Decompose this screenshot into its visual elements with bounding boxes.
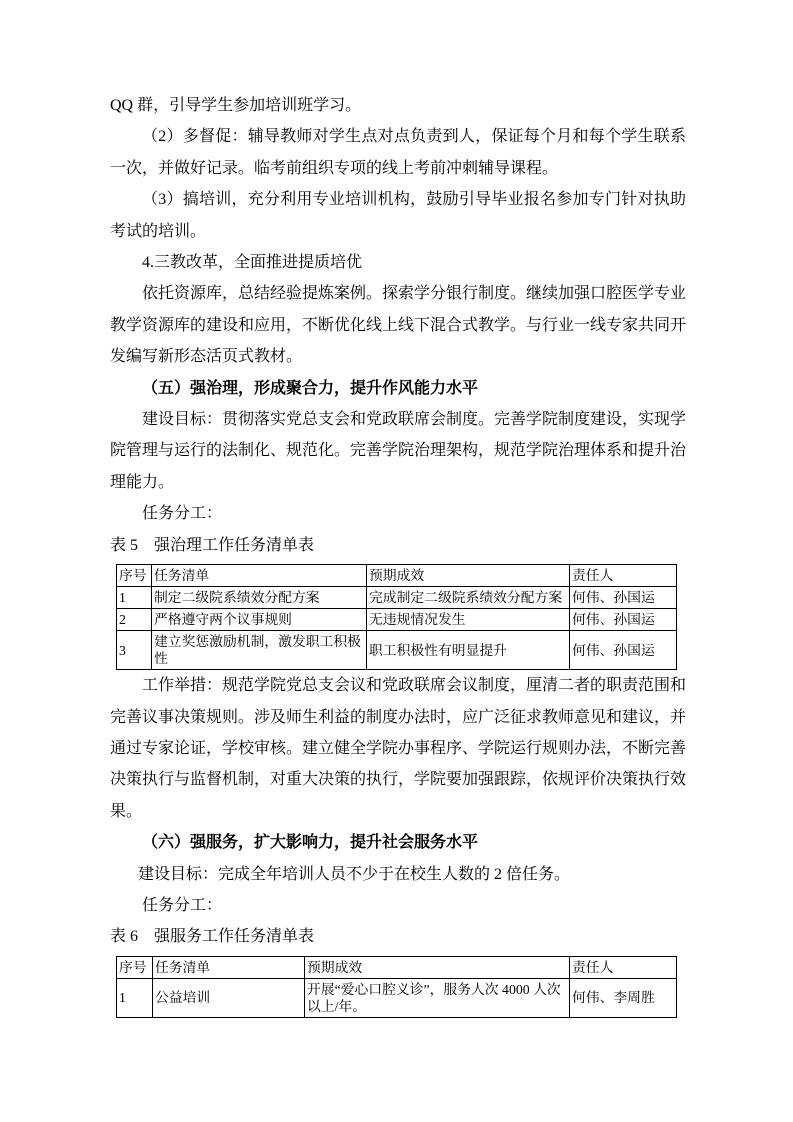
paragraph-qq-group: QQ 群，引导学生参加培训班学习。 [110, 90, 686, 121]
table6-r1-task: 公益培训 [153, 978, 305, 1017]
section5-tasks-label: 任务分工： [110, 498, 686, 529]
table5-r3-owner: 何伟、孙国运 [570, 631, 677, 670]
paragraph-training: （3）搞培训，充分利用专业培训机构，鼓励引导毕业报名参加专门针对执助考试的培训。 [110, 184, 686, 247]
section5-measures: 工作举措：规范学院党总支会议和党政联席会议制度，厘清二者的职责范围和完善议事决策… [110, 670, 686, 827]
paragraph-reform-body: 依托资源库，总结经验提炼案例。探索学分银行制度。继续加强口腔医学专业教学资源库的… [110, 278, 686, 372]
table-row: 1 公益培训 开展“爱心口腔义诊”，服务人次 4000 人次以上/年。 何伟、李… [117, 978, 677, 1017]
table6-header-row: 序号 任务清单 预期成效 责任人 [117, 956, 677, 978]
table5-r3-no: 3 [117, 631, 152, 670]
table5-r1-no: 1 [117, 587, 152, 609]
table5-r3-task: 建立奖惩激励机制，激发职工积极性 [152, 631, 367, 670]
table6-r1-no: 1 [117, 978, 153, 1017]
table5-r3-outcome: 职工积极性有明显提升 [367, 631, 570, 670]
section-heading-6: （六）强服务，扩大影响力，提升社会服务水平 [110, 827, 686, 858]
table6-r1-owner: 何伟、李周胜 [570, 978, 677, 1017]
table6-task-list: 序号 任务清单 预期成效 责任人 1 公益培训 开展“爱心口腔义诊”，服务人次 … [116, 956, 677, 1018]
paragraph-reform-heading: 4.三教改革，全面推进提质培优 [110, 247, 686, 278]
section6-tasks-label: 任务分工： [110, 890, 686, 921]
document-page: QQ 群，引导学生参加培训班学习。 （2）多督促：辅导教师对学生点对点负责到人，… [0, 0, 793, 1122]
table6-header-owner: 责任人 [570, 956, 677, 978]
table6-header-task: 任务清单 [153, 956, 305, 978]
table5-header-outcome: 预期成效 [367, 565, 570, 587]
section6-goal: 建设目标：完成全年培训人员不少于在校生人数的 2 倍任务。 [110, 859, 686, 890]
table-row: 3 建立奖惩激励机制，激发职工积极性 职工积极性有明显提升 何伟、孙国运 [117, 631, 677, 670]
table5-r2-task: 严格遵守两个议事规则 [152, 609, 367, 631]
table6-header-outcome: 预期成效 [305, 956, 570, 978]
table5-r1-owner: 何伟、孙国运 [570, 587, 677, 609]
table5-header-owner: 责任人 [570, 565, 677, 587]
table5-task-list: 序号 任务清单 预期成效 责任人 1 制定二级院系绩效分配方案 完成制定二级院系… [116, 564, 677, 670]
table5-r2-outcome: 无违规情况发生 [367, 609, 570, 631]
document-content: QQ 群，引导学生参加培训班学习。 （2）多督促：辅导教师对学生点对点负责到人，… [110, 90, 686, 1018]
table5-r1-outcome: 完成制定二级院系绩效分配方案 [367, 587, 570, 609]
table5-header-row: 序号 任务清单 预期成效 责任人 [117, 565, 677, 587]
table-row: 2 严格遵守两个议事规则 无违规情况发生 何伟、孙国运 [117, 609, 677, 631]
table-row: 1 制定二级院系绩效分配方案 完成制定二级院系绩效分配方案 何伟、孙国运 [117, 587, 677, 609]
table6-r1-outcome: 开展“爱心口腔义诊”，服务人次 4000 人次以上/年。 [305, 978, 570, 1017]
table5-r2-no: 2 [117, 609, 152, 631]
table6-caption: 表 6 强服务工作任务清单表 [110, 921, 686, 952]
table5-header-no: 序号 [117, 565, 152, 587]
section5-goal: 建设目标：贯彻落实党总支会和党政联席会制度。完善学院制度建设，实现学院管理与运行… [110, 404, 686, 498]
paragraph-supervise: （2）多督促：辅导教师对学生点对点负责到人，保证每个月和每个学生联系一次，并做好… [110, 121, 686, 184]
table5-r2-owner: 何伟、孙国运 [570, 609, 677, 631]
table6-header-no: 序号 [117, 956, 153, 978]
table5-r1-task: 制定二级院系绩效分配方案 [152, 587, 367, 609]
table5-header-task: 任务清单 [152, 565, 367, 587]
section-heading-5: （五）强治理，形成聚合力，提升作风能力水平 [110, 373, 686, 404]
table5-caption: 表 5 强治理工作任务清单表 [110, 530, 686, 561]
